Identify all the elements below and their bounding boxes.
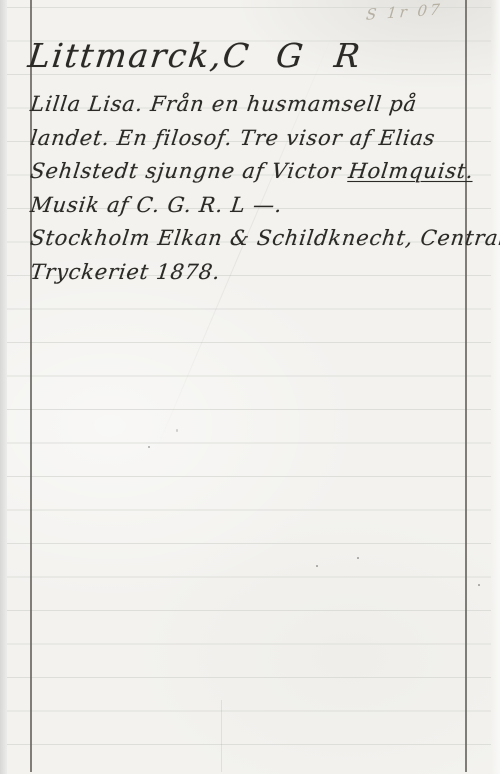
author-surname: Littmarck, [26, 36, 225, 75]
right-margin-line [465, 0, 467, 772]
performer-name-underlined: Holmquist. [347, 159, 475, 183]
author-initial-c: C [221, 36, 253, 75]
paper-speck [176, 429, 178, 432]
scan-right-edge [491, 0, 500, 774]
paper-speck [316, 565, 318, 567]
ruled-lines [7, 7, 491, 748]
imprint-line-1: Stockholm Elkan & Schildknecht, Central- [29, 226, 500, 250]
title-line-3: Sehlstedt sjungne af Victor Holmquist. [29, 159, 475, 183]
paper-speck [148, 446, 150, 448]
author-initial-g: G [274, 36, 307, 75]
imprint-line-2: Tryckeriet 1878. [29, 260, 222, 284]
scanned-card-page: S 1r 07 Littmarck,CGR Lilla Lisa. Från e… [0, 0, 500, 774]
paper-speck [357, 557, 359, 559]
music-credit-line: Musik af C. G. R. L —. [29, 193, 284, 217]
title-line-3-text: Sehlstedt sjungne af Victor [29, 159, 350, 183]
paper-speck [478, 584, 480, 586]
author-initial-r: R [332, 36, 364, 75]
title-line-2: landet. En filosof. Tre visor af Elias [29, 126, 437, 150]
paper-crease-vertical [221, 700, 222, 772]
entry-heading: Littmarck,CGR [26, 36, 364, 75]
scan-left-edge [0, 0, 7, 774]
title-line-1: Lilla Lisa. Från en husmamsell på [29, 92, 418, 116]
